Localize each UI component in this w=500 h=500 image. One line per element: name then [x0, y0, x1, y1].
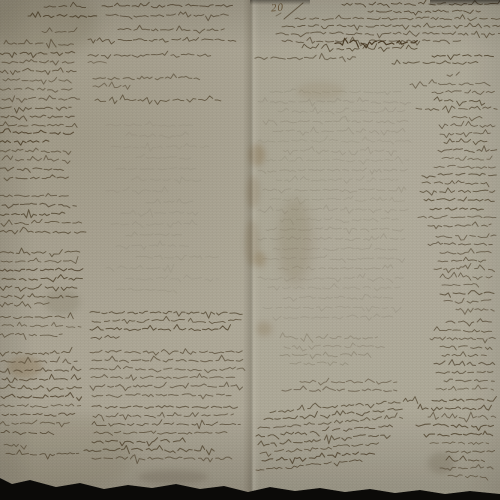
right-col-5	[428, 412, 496, 422]
right-col-2	[420, 188, 495, 195]
right-col-4	[436, 371, 493, 373]
left-colB-block1	[92, 316, 241, 323]
right-col-1	[440, 130, 490, 138]
right-col-3	[456, 308, 494, 314]
right-bottom-tilted	[264, 409, 402, 420]
right-col-4	[436, 385, 494, 391]
left-colB-end	[84, 445, 214, 454]
left-colB-ghost	[116, 288, 177, 293]
manuscript-paper-spread: 20	[0, 0, 500, 500]
left-colA-block5	[2, 275, 82, 282]
right-col-3	[428, 242, 492, 246]
right-ghost	[273, 244, 397, 250]
right-col-1	[444, 139, 487, 145]
left-colB-block2	[90, 382, 243, 391]
left-colA-block7	[1, 393, 82, 401]
left-colA-block6	[2, 322, 81, 327]
left-colB-ghost	[116, 168, 196, 170]
photo-edge-shadow	[250, 0, 310, 5]
right-col-1	[434, 97, 485, 106]
right-ghost	[258, 168, 407, 174]
right-col-5	[418, 404, 491, 411]
left-colB-ghost	[106, 187, 168, 195]
left-colA-block7	[1, 357, 77, 364]
right-ghost	[266, 156, 409, 164]
right-ghost	[270, 89, 401, 95]
right-top-block	[282, 23, 500, 30]
left-colB-ghost	[111, 143, 209, 152]
right-ghost	[270, 196, 405, 204]
right-col-5	[446, 456, 485, 462]
right-col-3	[440, 272, 492, 280]
right-col-1	[439, 121, 495, 129]
left-colA-end	[4, 444, 26, 449]
right-ghost	[276, 176, 398, 183]
left-colA-block7	[1, 430, 54, 434]
left-colB-block3	[92, 438, 185, 446]
right-col-end	[448, 475, 488, 480]
left-colB-block3	[94, 431, 227, 435]
right-ghost	[266, 227, 403, 234]
left-colA-block5	[1, 294, 78, 299]
left-colA-block1	[2, 96, 80, 103]
left-colB-ghost	[126, 232, 181, 236]
left-colB-line1	[118, 25, 224, 33]
left-colA-block5	[1, 257, 78, 264]
left-colB-block2	[90, 366, 245, 373]
left-colB-ghost	[111, 220, 197, 228]
left-colB-paren	[88, 37, 236, 44]
left-colB-block2	[91, 374, 235, 381]
left-colA-end	[6, 450, 79, 459]
left-colA-block3	[0, 167, 63, 172]
right-ghost	[258, 136, 411, 144]
left-colB-line2	[88, 51, 211, 58]
right-col-4	[434, 327, 492, 333]
right-col-1	[410, 80, 490, 89]
left-colA-block7	[2, 374, 81, 382]
left-colA-block7	[0, 385, 82, 392]
left-colB-ghost	[136, 154, 191, 159]
left-colA-block3	[2, 155, 70, 163]
right-col-1	[434, 165, 495, 168]
left-colB-block3	[92, 420, 240, 429]
right-col-2	[424, 197, 494, 201]
left-colA-block1	[0, 107, 71, 113]
right-ghost	[283, 294, 393, 301]
right-col-5	[446, 450, 495, 453]
left-colA-block1	[3, 77, 71, 84]
left-colB-block2	[90, 349, 242, 356]
left-colA-block1	[2, 60, 74, 66]
right-col-2	[430, 208, 483, 210]
left-colA-word	[42, 28, 77, 33]
left-colB-ghost	[126, 275, 219, 282]
left-colA-block7	[0, 404, 81, 408]
right-top-block	[276, 31, 500, 38]
right-col-5	[430, 442, 489, 445]
right-ghost	[263, 306, 401, 312]
right-top-scribble	[335, 38, 417, 48]
left-colB-top	[102, 2, 233, 7]
right-col-1	[416, 106, 497, 113]
right-col-3	[440, 291, 494, 298]
left-colA-block6	[0, 333, 62, 339]
right-top-block	[295, 15, 500, 21]
right-ghost	[273, 314, 393, 321]
right-top-left-line	[255, 53, 356, 61]
left-colB-line2	[88, 61, 106, 63]
right-mid-lines	[300, 378, 397, 385]
left-colA-heading	[28, 12, 97, 18]
right-ghost	[280, 218, 398, 225]
left-colB-ghost	[106, 264, 174, 272]
right-col-3	[436, 234, 496, 240]
right-marker	[447, 72, 459, 76]
left-colA-block1	[0, 51, 75, 57]
right-ghost	[258, 273, 403, 282]
left-colB-ghost	[126, 132, 188, 138]
right-top-block	[432, 54, 494, 59]
right-col-2	[422, 181, 489, 187]
right-col-5	[416, 424, 494, 431]
right-col-5	[432, 397, 496, 402]
left-colA-block4	[1, 219, 82, 226]
right-top-block	[368, 10, 480, 15]
handwriting-layer	[0, 0, 500, 500]
right-ghost	[268, 284, 400, 291]
left-colA-block7	[2, 413, 75, 416]
left-colA-block7	[0, 347, 72, 356]
left-colA-block2	[0, 140, 49, 145]
left-colA-block5	[0, 284, 77, 291]
left-colB-ghost	[106, 121, 193, 126]
left-colA-block3	[4, 175, 68, 181]
left-colA-block5	[0, 268, 83, 271]
left-colA-block1	[4, 39, 73, 48]
left-colA-block1	[1, 115, 74, 121]
left-colB-line4	[95, 95, 221, 105]
right-top-block	[302, 44, 417, 52]
left-colB-top	[106, 12, 228, 21]
left-colB-ghost	[131, 176, 201, 183]
left-colA-block1	[0, 122, 77, 128]
right-ghost	[258, 234, 405, 241]
right-col-5	[424, 431, 493, 437]
right-mid-faint	[290, 362, 348, 366]
right-bottom-tilted	[262, 452, 375, 464]
right-col-3	[434, 264, 495, 273]
left-colA-block6	[0, 313, 73, 319]
right-col-1	[432, 90, 494, 95]
left-colA-block5	[0, 248, 80, 257]
right-col-3	[440, 249, 491, 255]
left-colB-ghost	[136, 256, 219, 261]
left-colB-line3	[93, 74, 200, 80]
right-col-2	[418, 215, 496, 218]
right-ghost	[263, 116, 408, 125]
right-col-3	[444, 298, 491, 303]
right-mid-lines	[282, 386, 397, 392]
left-colA-block1	[0, 88, 72, 93]
right-col-3	[442, 284, 479, 288]
left-colA-heading	[44, 2, 86, 7]
right-mid-faint	[280, 352, 371, 359]
right-mid-faint	[280, 333, 377, 343]
right-mid-faint	[284, 343, 384, 351]
right-ghost	[278, 265, 393, 270]
right-ghost	[263, 187, 406, 193]
right-col-4	[442, 352, 486, 357]
manuscript-photo: 20	[0, 0, 500, 500]
right-bottom-tilted	[258, 435, 390, 447]
left-colB-ghost	[116, 241, 189, 250]
right-col-2	[422, 173, 496, 178]
right-col-3	[438, 257, 486, 262]
left-colA-block7	[0, 420, 69, 427]
right-col-4	[446, 319, 491, 326]
page-number-flourish	[284, 3, 303, 19]
right-col-1	[438, 146, 497, 153]
right-ghost	[258, 98, 411, 107]
right-col-4	[440, 346, 492, 350]
right-ghost	[273, 127, 405, 135]
left-colA-block5	[0, 302, 49, 309]
left-colB-block1	[91, 335, 119, 339]
right-col-4	[430, 337, 495, 343]
right-ghost	[263, 255, 405, 263]
left-colB-ghost	[121, 209, 198, 218]
left-colB-line3	[93, 82, 130, 89]
left-colA-block4	[2, 203, 76, 208]
photo-edge-shadow	[430, 0, 500, 6]
left-colA-block7	[0, 366, 81, 374]
right-bottom-tilted	[256, 460, 362, 471]
left-colA-block4	[0, 227, 86, 234]
right-ghost	[258, 205, 408, 214]
left-colB-block3	[92, 405, 237, 408]
left-colB-ghost	[146, 199, 193, 203]
left-colA-block1	[0, 68, 76, 75]
left-colB-block3	[93, 412, 233, 421]
left-colB-end	[92, 455, 232, 464]
right-ghost	[278, 107, 405, 114]
left-colA-block2	[0, 129, 74, 135]
left-colB-block2	[92, 394, 231, 399]
left-colA-block4	[0, 210, 65, 218]
right-col-1	[452, 116, 482, 121]
right-col-2	[428, 222, 491, 229]
left-colA-block4	[0, 193, 68, 196]
left-colB-block1	[90, 325, 231, 331]
right-ghost	[283, 147, 397, 156]
right-col-1	[442, 156, 492, 160]
right-line-62	[392, 60, 478, 64]
left-colB-block2	[92, 355, 243, 362]
right-col-end	[440, 465, 493, 471]
right-col-4	[444, 379, 494, 382]
right-col-4	[434, 360, 495, 366]
left-colA-block3	[0, 148, 71, 155]
